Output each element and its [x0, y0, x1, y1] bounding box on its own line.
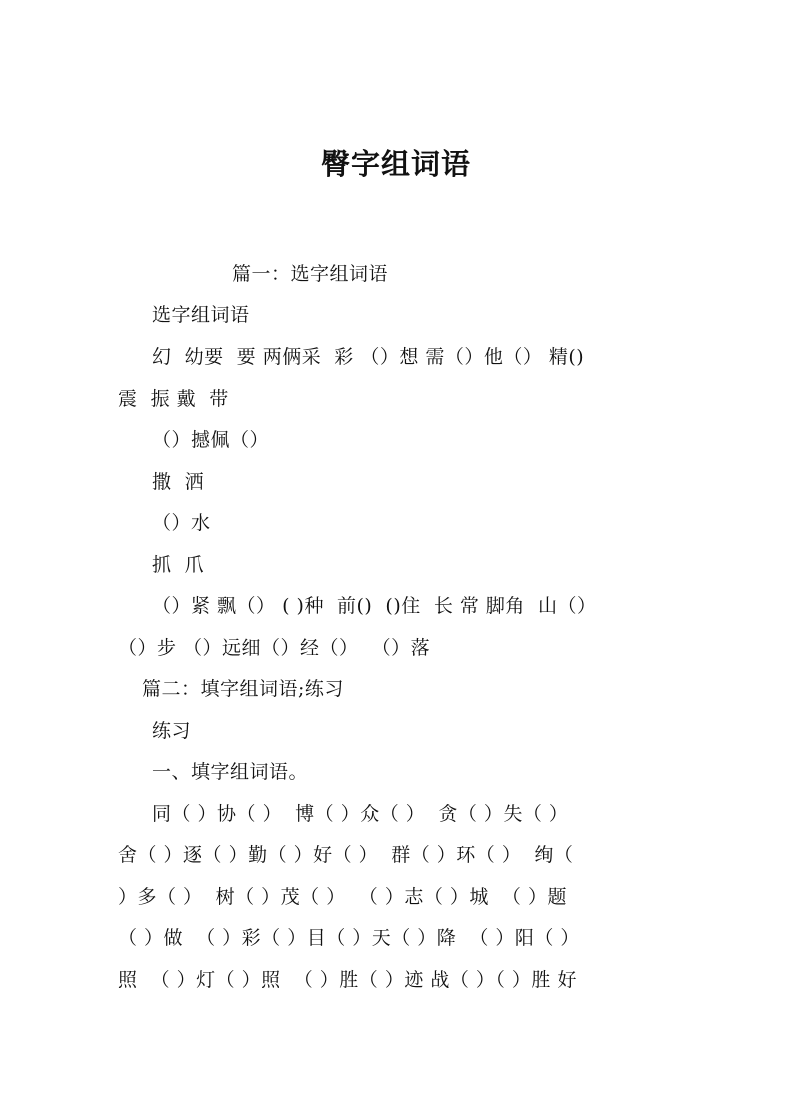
word-choice-line: （）撼佩（）	[152, 427, 269, 453]
word-choice-line: （）步 （）远细（）经（） （）落	[118, 635, 430, 661]
fill-in-line: 照 （ ）灯（ ）照 （ ）胜（ ）迹 战（ ）（ ）胜 好	[118, 967, 577, 993]
fill-in-line: （ ）做 （ ）彩（ ）目（ ）天（ ）降 （ ）阳（ ）	[118, 925, 580, 951]
word-choice-line: 幻 幼要 要 两俩采 彩 （）想 需（）他（） 精()	[152, 344, 584, 370]
subheading: 练习	[152, 718, 191, 744]
word-choice-line: （）紧 飘（） ( )种 前() ()住 长 常 脚角 山（）	[152, 593, 597, 619]
word-choice-line: 震 振 戴 带	[118, 386, 229, 412]
fill-in-line: 舍（ ）逐（ ）勤（ ）好（ ） 群（ ）环（ ） 绚（	[118, 842, 573, 868]
exercise-instruction: 一、填字组词语。	[152, 759, 308, 785]
document-title: 臀字组词语	[0, 144, 792, 184]
subheading: 选字组词语	[152, 302, 250, 328]
section-heading-2: 篇二：填字组词语;练习	[142, 676, 344, 702]
fill-in-line: 同（ ）协（ ） 博（ ）众（ ） 贪（ ）失（ ）	[152, 801, 568, 827]
fill-in-line: ）多（ ） 树（ ）茂（ ） （ ）志（ ）城 （ ）题	[118, 884, 567, 910]
document-page: 臀字组词语 篇一：选字组词语 选字组词语 幻 幼要 要 两俩采 彩 （）想 需（…	[0, 0, 792, 1120]
word-choice-line: 抓 爪	[152, 552, 204, 578]
word-choice-line: （）水	[152, 510, 211, 536]
section-heading-1: 篇一：选字组词语	[232, 261, 388, 287]
word-choice-line: 撒 洒	[152, 469, 204, 495]
